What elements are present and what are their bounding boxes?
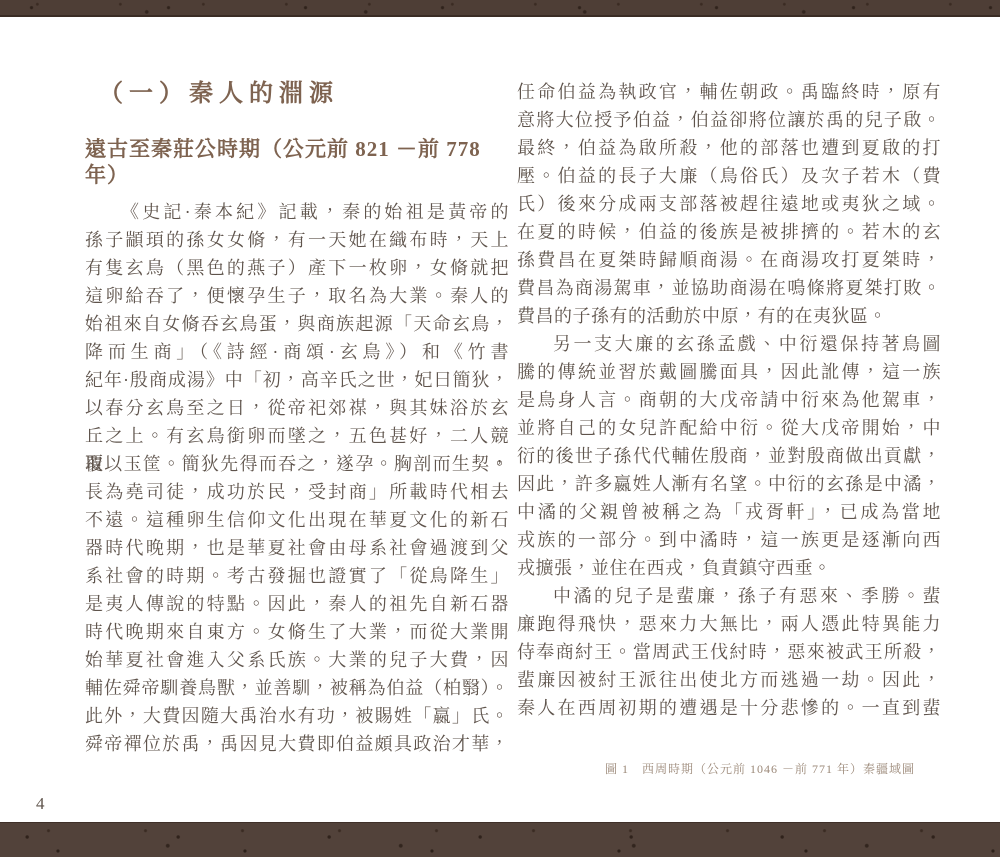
text-line: 以春分玄鳥至之日，從帝祀郊禖，與其妹浴於玄 <box>85 394 509 422</box>
text-line: 衍的後世子孫代代輔佐殷商，並對殷商做出貢獻， <box>517 442 941 470</box>
text-line: 任命伯益為執政官，輔佐朝政。禹臨終時，原有 <box>517 78 941 106</box>
page-number: 4 <box>36 794 45 814</box>
right-column: 任命伯益為執政官，輔佐朝政。禹臨終時，原有意將大位授予伯益，伯益卻將位讓於禹的兒… <box>517 78 941 722</box>
figure-caption: 圖 1 西周時期（公元前 1046 －前 771 年）秦疆域圖 <box>517 760 941 777</box>
text-line: 有隻玄鳥（黑色的燕子）產下一枚卵，女脩就把 <box>85 254 509 282</box>
text-line: 另一支大廉的玄孫孟戲、中衍還保持著鳥圖 <box>517 330 941 358</box>
text-line: 是鳥身人言。商朝的大戊帝請中衍來為他駕車， <box>517 386 941 414</box>
text-line: 中潏的兒子是蜚廉，孫子有惡來、季勝。蜚 <box>517 582 941 610</box>
text-line: 費昌為商湯駕車，並協助商湯在鳴條將夏桀打敗。 <box>517 274 941 302</box>
text-line: 系社會的時期。考古發掘也證實了「從鳥降生」 <box>85 562 509 590</box>
text-line: 費昌的子孫有的活動於中原，有的在夷狄區。 <box>517 302 941 330</box>
text-line: 時代晚期來自東方。女脩生了大業，而從大業開 <box>85 618 509 646</box>
text-line: 因此，許多嬴姓人漸有名望。中衍的玄孫是中潏， <box>517 470 941 498</box>
top-border-bar <box>0 0 1000 17</box>
text-line: 秦人在西周初期的遭遇是十分悲慘的。一直到蜚 <box>517 694 941 722</box>
text-line: 在夏的時候，伯益的後族是被排擠的。若木的玄 <box>517 218 941 246</box>
text-line: 輔佐舜帝馴養鳥獸，並善馴，被稱為伯益（柏翳）。 <box>85 674 509 702</box>
text-line: 廉跑得飛快，惡來力大無比，兩人憑此特異能力 <box>517 610 941 638</box>
text-line: 戎擴張，並住在西戎，負責鎮守西垂。 <box>517 554 941 582</box>
text-line: 始華夏社會進入父系氏族。大業的兒子大費，因 <box>85 646 509 674</box>
text-line: 戎族的一部分。到中潏時，這一族更是逐漸向西 <box>517 526 941 554</box>
text-line: 覆以玉筐。簡狄先得而吞之，遂孕。胸剖而生契。 <box>85 450 509 478</box>
text-line: 侍奉商紂王。當周武王伐紂時，惡來被武王所殺， <box>517 638 941 666</box>
text-line: 中潏的父親曾被稱之為「戎胥軒」，已成為當地 <box>517 498 941 526</box>
text-line: 意將大位授予伯益，伯益卻將位讓於禹的兒子啟。 <box>517 106 941 134</box>
left-column-text: 《史記·秦本紀》記載，秦的始祖是黃帝的孫子顓頊的孫女女脩，有一天她在織布時，天上… <box>85 198 509 758</box>
text-line: 壓。伯益的長子大廉（鳥俗氏）及次子若木（費 <box>517 162 941 190</box>
text-line: 器時代晚期，也是華夏社會由母系社會過渡到父 <box>85 534 509 562</box>
text-line: 降而生商」（《詩經·商頌·玄鳥》）和《竹書 <box>85 338 509 366</box>
section-subheading: 遠古至秦莊公時期（公元前 821 －前 778 年） <box>85 136 509 188</box>
text-line: 最終，伯益為啟所殺，他的部落也遭到夏啟的打 <box>517 134 941 162</box>
text-line: 蜚廉因被紂王派往出使北方而逃過一劫。因此， <box>517 666 941 694</box>
text-line: 《史記·秦本紀》記載，秦的始祖是黃帝的 <box>85 198 509 226</box>
text-line: 始祖來自女脩吞玄鳥蛋，與商族起源「天命玄鳥， <box>85 310 509 338</box>
text-line: 丘之上。有玄鳥銜卵而墜之，五色甚好，二人競取， <box>85 422 509 450</box>
bottom-border-bar <box>0 822 1000 857</box>
text-line: 不遠。這種卵生信仰文化出現在華夏文化的新石 <box>85 506 509 534</box>
right-column-text: 任命伯益為執政官，輔佐朝政。禹臨終時，原有意將大位授予伯益，伯益卻將位讓於禹的兒… <box>517 78 941 722</box>
text-line: 紀年·殷商成湯》中「初，高辛氏之世，妃曰簡狄， <box>85 366 509 394</box>
text-line: 並將自己的女兒許配給中衍。從大戊帝開始，中 <box>517 414 941 442</box>
text-line: 騰的傳統並習於戴圖騰面具，因此訛傳，這一族 <box>517 358 941 386</box>
text-line: 氏）後來分成兩支部落被趕往遠地或夷狄之域。 <box>517 190 941 218</box>
text-line: 孫子顓頊的孫女女脩，有一天她在織布時，天上 <box>85 226 509 254</box>
text-line: 此外，大費因隨大禹治水有功，被賜姓「嬴」氏。 <box>85 702 509 730</box>
text-line: 這卵給吞了，便懷孕生子，取名為大業。秦人的 <box>85 282 509 310</box>
book-page: （一）秦人的淵源 遠古至秦莊公時期（公元前 821 －前 778 年） 《史記·… <box>0 0 1000 857</box>
left-column: （一）秦人的淵源 遠古至秦莊公時期（公元前 821 －前 778 年） 《史記·… <box>85 80 509 758</box>
text-line: 長為堯司徒，成功於民，受封商」所載時代相去 <box>85 478 509 506</box>
text-line: 舜帝禪位於禹，禹因見大費即伯益頗具政治才華， <box>85 730 509 758</box>
text-line: 孫費昌在夏桀時歸順商湯。在商湯攻打夏桀時， <box>517 246 941 274</box>
section-heading: （一）秦人的淵源 <box>99 80 509 108</box>
text-line: 是夷人傳說的特點。因此，秦人的祖先自新石器 <box>85 590 509 618</box>
